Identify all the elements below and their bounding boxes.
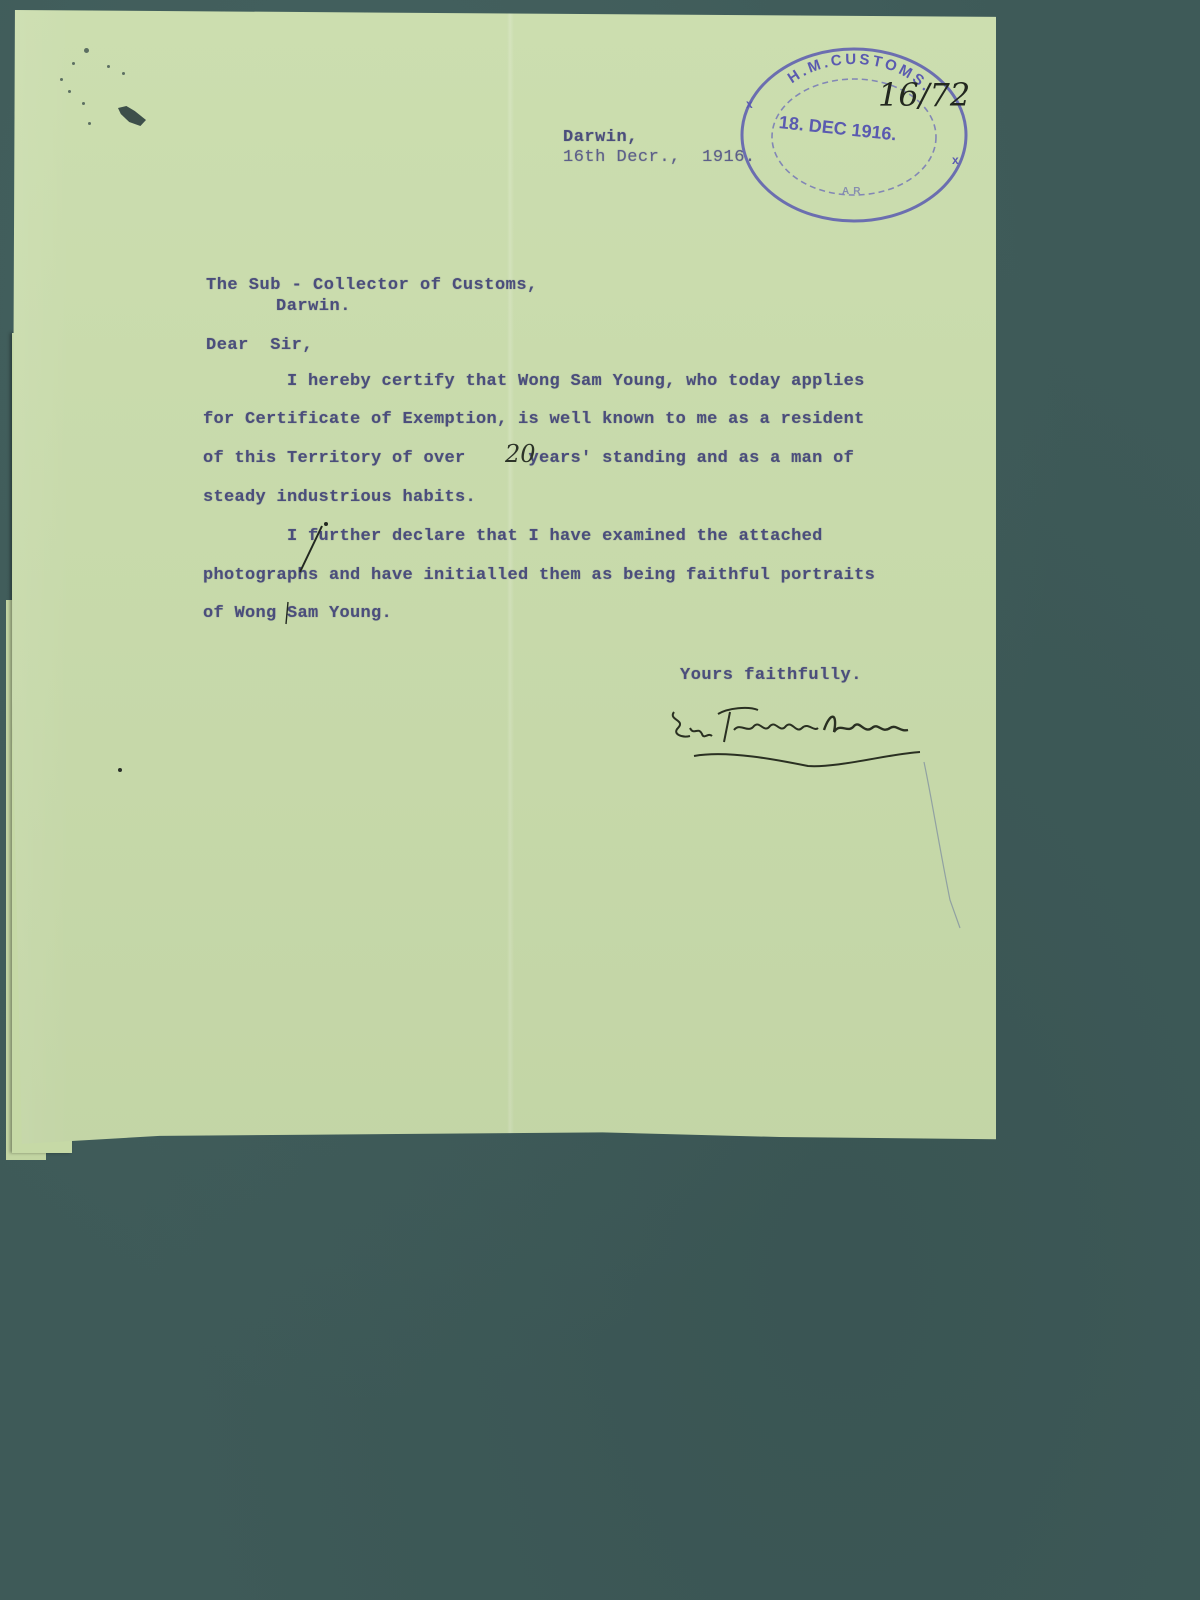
pen-tick-mark (270, 520, 350, 630)
salutation: Dear Sir, (206, 336, 313, 355)
body-line: I hereby certify that Wong Sam Young, wh… (203, 372, 865, 391)
stamp-side-mark: x (952, 153, 959, 167)
handwritten-years: 20 (505, 440, 536, 468)
punch-hole (107, 65, 110, 68)
body-line: for Certificate of Exemption, is well kn… (203, 410, 865, 429)
addressee-line1: The Sub - Collector of Customs, (206, 276, 538, 295)
punch-hole (60, 78, 63, 81)
punch-hole (122, 72, 125, 75)
customs-stamp: H.M.CUSTOMS. x x 18. DEC 1916. AR 16/72 (738, 44, 970, 226)
letter-date: 16th Decr., 1916. (563, 148, 756, 167)
punch-hole (88, 122, 91, 125)
body-line: steady industrious habits. (203, 488, 476, 507)
stamp-bottom-text: AR (842, 186, 864, 197)
pencil-mark (920, 760, 980, 930)
closing: Yours faithfully. (680, 666, 862, 685)
punch-hole (84, 48, 89, 53)
signature: E.W. Ramsden (668, 706, 938, 786)
punch-hole (68, 90, 71, 93)
stamp-side-mark: x (746, 97, 753, 111)
stamp-handwritten-ref: 16/72 (878, 76, 970, 114)
punch-hole (82, 102, 85, 105)
ink-dot (118, 768, 122, 772)
punch-hole (72, 62, 75, 65)
stamp-date: 18. DEC 1916. (778, 112, 898, 144)
addressee-line2: Darwin. (276, 297, 351, 316)
letter-place: Darwin, (563, 128, 638, 147)
paper-tear (118, 106, 146, 126)
